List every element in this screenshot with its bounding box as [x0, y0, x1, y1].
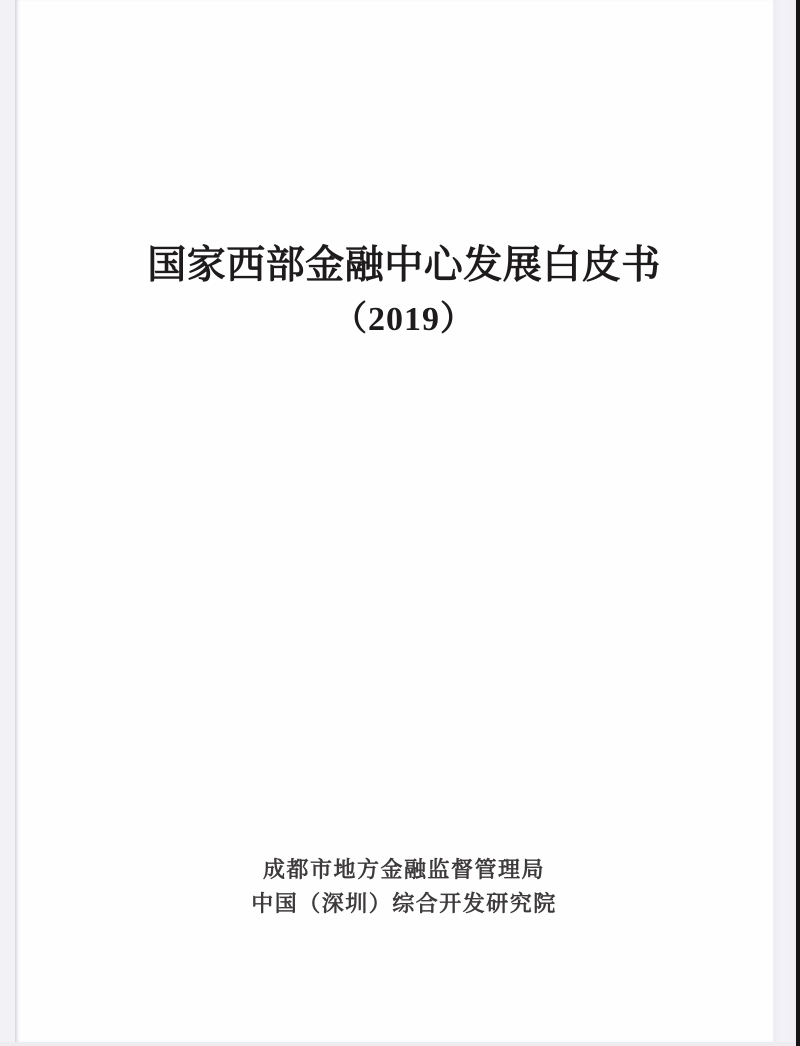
publisher-block: 成都市地方金融监督管理局 中国（深圳）综合开发研究院	[27, 853, 781, 921]
cover-title-block: 国家西部金融中心发展白皮书 （2019）	[27, 238, 781, 346]
scan-bottom-margin	[0, 1042, 796, 1046]
cover-title: 国家西部金融中心发展白皮书	[27, 238, 781, 294]
cover-title-year: （2019）	[27, 294, 781, 346]
scanned-cover-page: 国家西部金融中心发展白皮书 （2019） 成都市地方金融监督管理局 中国（深圳）…	[0, 0, 800, 1046]
publisher-line-2: 中国（深圳）综合开发研究院	[27, 887, 781, 921]
scan-right-border	[796, 0, 800, 1046]
publisher-line-1: 成都市地方金融监督管理局	[27, 853, 781, 887]
scan-left-margin	[0, 0, 15, 1046]
